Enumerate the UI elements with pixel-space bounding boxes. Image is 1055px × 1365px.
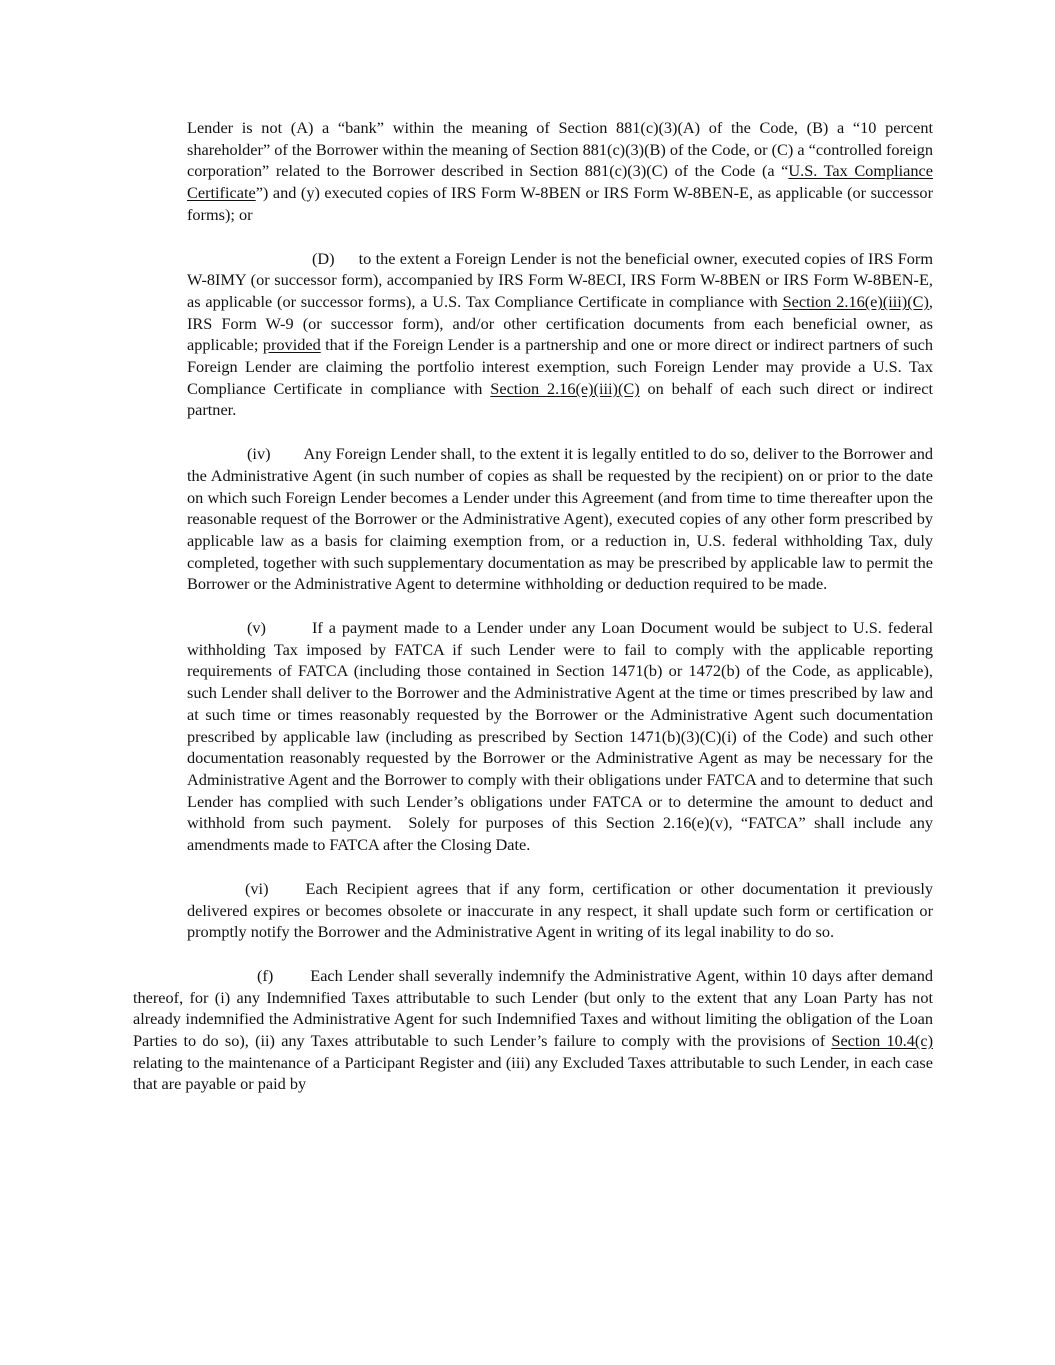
paragraph-number-label: (f) [257,966,273,985]
page-text-block: Lender is not (A) a “bank” within the me… [133,117,933,1095]
paragraph-D-foreign-lender-beneficial-owner: (D)to the extent a Foreign Lender is not… [187,248,933,422]
paragraph-number-label: (v) [247,618,266,637]
underlined-reference: provided [263,335,321,354]
paragraph-iv-any-foreign-lender: (iv)Any Foreign Lender shall, to the ext… [187,443,933,595]
text-run: Each Recipient agrees that if any form, … [187,879,933,941]
paragraph-vi-recipient-update: (vi)Each Recipient agrees that if any fo… [187,878,933,943]
underlined-reference: Section 2.16(e)(iii)(C) [783,292,929,311]
underlined-reference: Section 2.16(e)(iii)(C) [490,379,639,398]
document-page: Lender is not (A) a “bank” within the me… [0,0,1055,1365]
paragraph-number-label: (D) [312,249,335,268]
underlined-reference: Section 10.4(c) [831,1031,933,1050]
paragraph-f-lender-indemnify: (f)Each Lender shall severally indemnify… [133,965,933,1095]
paragraph-number-label: (iv) [247,444,271,463]
text-run: ”) and (y) executed copies of IRS Form W… [187,183,933,224]
paragraph-v-fatca-withholding: (v)If a payment made to a Lender under a… [187,617,933,856]
scanned-document-page: { "document": { "kind": "legal agreement… [0,0,1055,1365]
text-run: relating to the maintenance of a Partici… [133,1053,933,1094]
text-run: Any Foreign Lender shall, to the extent … [187,444,933,593]
paragraph-number-label: (vi) [245,879,269,898]
text-run: If a payment made to a Lender under any … [187,618,933,854]
paragraph-lender-bank-continuation: Lender is not (A) a “bank” within the me… [187,117,933,226]
text-run: Each Lender shall severally indemnify th… [133,966,933,1050]
